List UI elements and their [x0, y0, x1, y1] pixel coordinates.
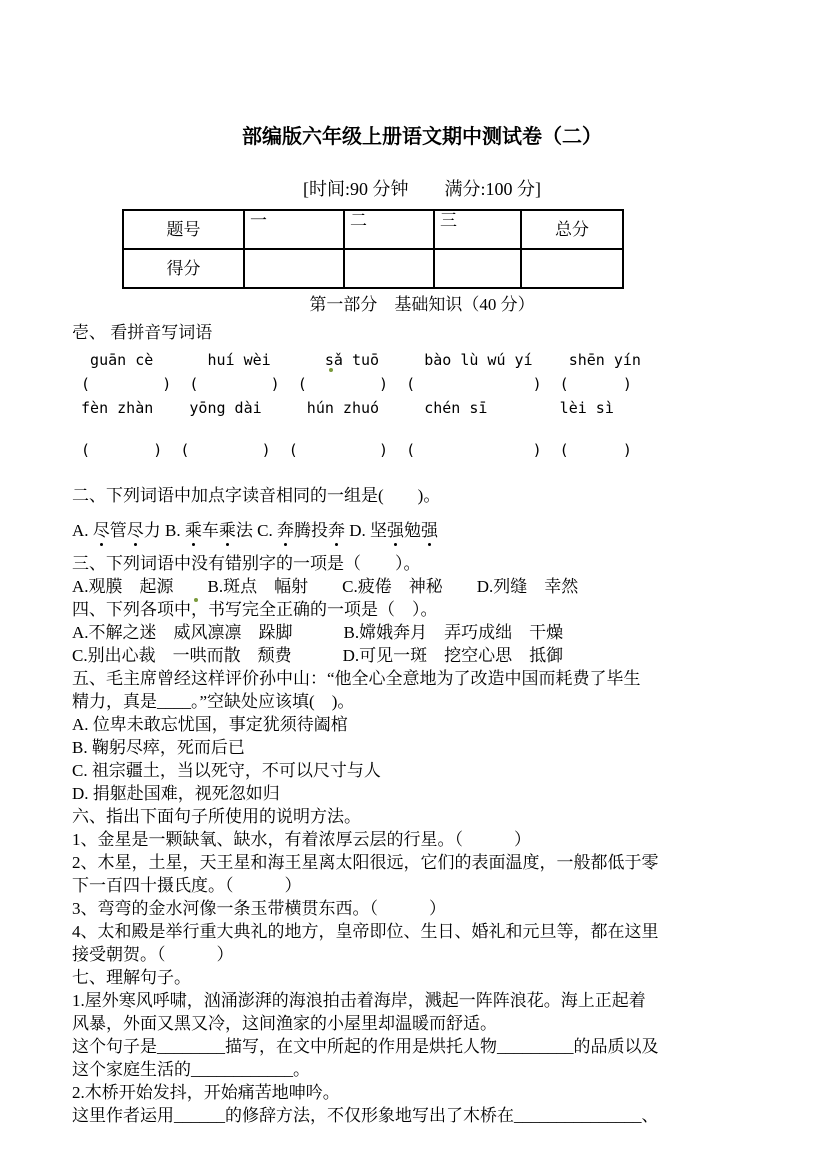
- q7-lines: 1.屋外寒风呼啸，汹涌澎湃的海浪拍击着海岸，溅起一阵阵浪花。海上正起着风暴，外面…: [72, 989, 772, 1127]
- q3-heading: 三、下列词语中没有错别字的一项是（ ）。: [72, 552, 772, 575]
- q6-item-line: 4、太和殿是举行重大典礼的地方，皇帝即位、生日、婚礼和元旦等，都在这里: [72, 920, 772, 943]
- emphasized-char: 乘: [185, 519, 202, 542]
- q1-pinyin-row2: fèn zhàn yōng dài hún zhuó chén sī lèi s…: [72, 396, 772, 420]
- emphasized-char: 奔: [328, 519, 345, 542]
- q5-option-line: A. 位卑未敢忘忧国，事定犹须待阖棺: [72, 713, 772, 736]
- emphasized-char: 尽: [127, 519, 144, 542]
- q5-option-line: C. 祖宗疆土，当以死守，不可以尺寸与人: [72, 759, 772, 782]
- q6-heading: 六、指出下面句子所使用的说明方法。: [72, 805, 772, 828]
- score-table-header-row: 题号 一 二 三 总分: [123, 210, 623, 249]
- q7-text-line: 这个句子是________描写，在文中所起的作用是烘托人物_________的品…: [72, 1035, 772, 1058]
- q5-options: A. 位卑未敢忘忧国，事定犹须待阖棺B. 鞠躬尽瘁，死而后已C. 祖宗疆土，当以…: [72, 713, 772, 805]
- q5-stem-line1: 五、毛主席曾经这样评价孙中山：“他全心全意地为了改造中国而耗费了毕生: [72, 667, 772, 690]
- emphasized-char: 强: [421, 519, 438, 542]
- q2-heading: 二、下列词语中加点字读音相同的一组是( )。: [72, 484, 772, 507]
- plain-text: 车: [202, 521, 219, 540]
- q6-item-line: 接受朝贺。（ ）: [72, 943, 772, 966]
- ink-speck: [329, 368, 333, 372]
- q7-text-line: 2.木桥开始发抖，开始痛苦地呻吟。: [72, 1081, 772, 1104]
- emphasized-char: 强: [387, 519, 404, 542]
- ink-speck: [194, 598, 198, 602]
- score-table-cell-q2: 二: [344, 210, 434, 249]
- q4-options-line1: A.不解之迷 威风凛凛 跺脚 B.嫦娥奔月 弄巧成绌 干燥: [72, 621, 772, 644]
- plain-text: 管: [110, 521, 127, 540]
- section1-header: 第一部分 基础知识（40 分）: [72, 293, 772, 316]
- q6-item-line: 1、金星是一颗缺氧、缺水，有着浓厚云层的行星。（ ）: [72, 828, 772, 851]
- page-title: 部编版六年级上册语文期中测试卷（二）: [72, 125, 772, 149]
- q5-option-line: B. 鞠躬尽瘁，死而后已: [72, 736, 772, 759]
- q6-items: 1、金星是一颗缺氧、缺水，有着浓厚云层的行星。（ ）2、木星，土星，天王星和海王…: [72, 828, 772, 966]
- q7-heading: 七、理解句子。: [72, 966, 772, 989]
- q6-item-line: 3、弯弯的金水河像一条玉带横贯东西。（ ）: [72, 897, 772, 920]
- emphasized-char: 奔: [277, 519, 294, 542]
- score-cell-empty: [434, 249, 521, 288]
- score-table-score-row: 得分: [123, 249, 623, 288]
- plain-text: 法 C.: [236, 521, 277, 540]
- q1-heading: 壱、 看拼音写词语: [72, 321, 772, 344]
- score-table-cell-total: 总分: [521, 210, 623, 249]
- q5-option-line: D. 捐躯赴国难，视死忽如归: [72, 782, 772, 805]
- q1-pinyin-row1: guān cè huí wèi sǎ tuō bào lù wú yí shēn…: [72, 348, 772, 372]
- emphasized-char: 乘: [219, 519, 236, 542]
- score-table: 题号 一 二 三 总分 得分: [122, 209, 624, 289]
- score-cell-empty: [344, 249, 434, 288]
- exam-time-score-meta: [时间:90 分钟 满分:100 分]: [72, 178, 772, 201]
- q6-item-line: 2、木星，土星，天王星和海王星离太阳很远，它们的表面温度，一般都低于零: [72, 851, 772, 874]
- plain-text: 腾投: [294, 521, 328, 540]
- score-table-cell-score-label: 得分: [123, 249, 244, 288]
- emphasized-char: 尽: [93, 519, 110, 542]
- plain-text: D. 坚: [345, 521, 387, 540]
- q3-options-line: A.观膜 起源 B.斑点 幅射 C.疲倦 神秘 D.列缝 幸然: [72, 575, 772, 598]
- score-table-cell-q3: 三: [434, 210, 521, 249]
- q7-text-line: 这个家庭生活的____________。: [72, 1058, 772, 1081]
- plain-text: A.: [72, 521, 93, 540]
- score-cell-empty: [521, 249, 623, 288]
- q5-stem-line2: 精力，真是____。”空缺处应该填( )。: [72, 690, 772, 713]
- q7-text-line: 这里作者运用______的修辞方法，不仅形象地写出了木桥在___________…: [72, 1104, 772, 1127]
- q1-bracket-row1: ( ) ( ) ( ) ( ) ( ): [72, 372, 772, 396]
- q1-bracket-row2: ( ) ( ) ( ) ( ) ( ): [72, 438, 772, 462]
- q7-text-line: 风暴，外面又黑又冷，这间渔家的小屋里却温暖而舒适。: [72, 1012, 772, 1035]
- score-cell-empty: [244, 249, 344, 288]
- plain-text: 勉: [404, 521, 421, 540]
- score-table-cell-q1: 一: [244, 210, 344, 249]
- plain-text: 力 B.: [144, 521, 185, 540]
- q7-text-line: 1.屋外寒风呼啸，汹涌澎湃的海浪拍击着海岸，溅起一阵阵浪花。海上正起着: [72, 989, 772, 1012]
- score-table-cell-label: 题号: [123, 210, 244, 249]
- exam-paper-page: 部编版六年级上册语文期中测试卷（二） [时间:90 分钟 满分:100 分] 题…: [0, 0, 826, 1169]
- q6-item-line: 下一百四十摄氏度。（ ）: [72, 874, 772, 897]
- q4-heading: 四、下列各项中，书写完全正确的一项是（ ）。: [72, 598, 772, 621]
- q2-options-line: A. 尽管尽力 B. 乘车乘法 C. 奔腾投奔 D. 坚强勉强: [72, 519, 772, 542]
- q4-options-line2: C.别出心裁 一哄而散 颓费 D.可见一斑 挖空心思 抵御: [72, 644, 772, 667]
